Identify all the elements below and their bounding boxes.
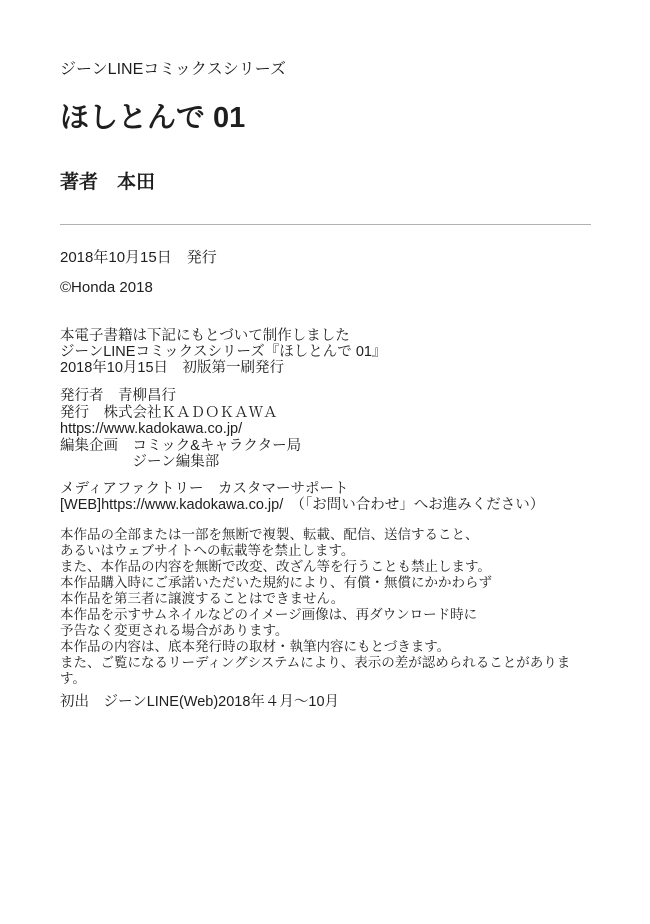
legal-line: 本作品を第三者に譲渡することはできません。: [60, 591, 592, 607]
edition-note-line: ジーンLINEコミックスシリーズ『ほしとんで 01』: [60, 344, 592, 360]
colophon-page: ジーンLINEコミックスシリーズ ほしとんで 01 著者 本田 2018年10月…: [0, 0, 650, 924]
legal-line: また、ご覧になるリーディングシステムにより、表示の差が認められることがあります。: [60, 655, 592, 687]
customer-support-block: メディアファクトリー カスタマーサポート [WEB]https://www.ka…: [60, 481, 592, 514]
legal-notice-block: 本作品の全部または一部を無断で複製、転載、配信、送信すること、 あるいはウェブサ…: [60, 527, 592, 687]
legal-line: 予告なく変更される場合があります。: [60, 623, 592, 639]
editorial-planning-line: 編集企画 コミック&キャラクター局: [60, 438, 592, 455]
legal-line: 本作品の全部または一部を無断で複製、転載、配信、送信すること、: [60, 527, 592, 543]
publisher-person-line: 発行者 青柳昌行: [60, 388, 592, 405]
publication-date: 2018年10月15日 発行: [60, 248, 592, 267]
legal-line: 本作品購入時にご承諾いただいた規約により、有償・無償にかかわらず: [60, 575, 592, 591]
customer-support-web-line: [WEB]https://www.kadokawa.co.jp/ （「お問い合わ…: [60, 497, 592, 514]
first-publication-line: 初出 ジーンLINE(Web)2018年４月～10月: [60, 693, 592, 712]
publisher-company-line: 発行 株式会社ＫＡＤＯＫＡＷＡ: [60, 405, 592, 422]
copyright-notice: ©Honda 2018: [60, 278, 592, 297]
edition-note-line: 2018年10月15日 初版第一刷発行: [60, 360, 592, 376]
legal-line: 本作品の内容は、底本発行時の取材・執筆内容にもとづきます。: [60, 639, 592, 655]
legal-line: 本作品を示すサムネイルなどのイメージ画像は、再ダウンロード時に: [60, 607, 592, 623]
edition-note-block: 本電子書籍は下記にもとづいて制作しました ジーンLINEコミックスシリーズ『ほし…: [60, 328, 592, 376]
publisher-url: https://www.kadokawa.co.jp/: [60, 421, 592, 438]
publisher-block: 発行者 青柳昌行 発行 株式会社ＫＡＤＯＫＡＷＡ https://www.kad…: [60, 388, 592, 471]
book-title: ほしとんで 01: [60, 101, 592, 135]
author-line: 著者 本田: [60, 171, 592, 195]
legal-line: また、本作品の内容を無断で改変、改ざん等を行うことも禁止します。: [60, 559, 592, 575]
customer-support-line: メディアファクトリー カスタマーサポート: [60, 481, 592, 498]
edition-note-line: 本電子書籍は下記にもとづいて制作しました: [60, 328, 592, 344]
editorial-department-line: ジーン編集部: [60, 454, 592, 471]
divider-rule: [60, 224, 591, 225]
legal-line: あるいはウェブサイトへの転載等を禁止します。: [60, 543, 592, 559]
series-name: ジーンLINEコミックスシリーズ: [60, 60, 592, 80]
